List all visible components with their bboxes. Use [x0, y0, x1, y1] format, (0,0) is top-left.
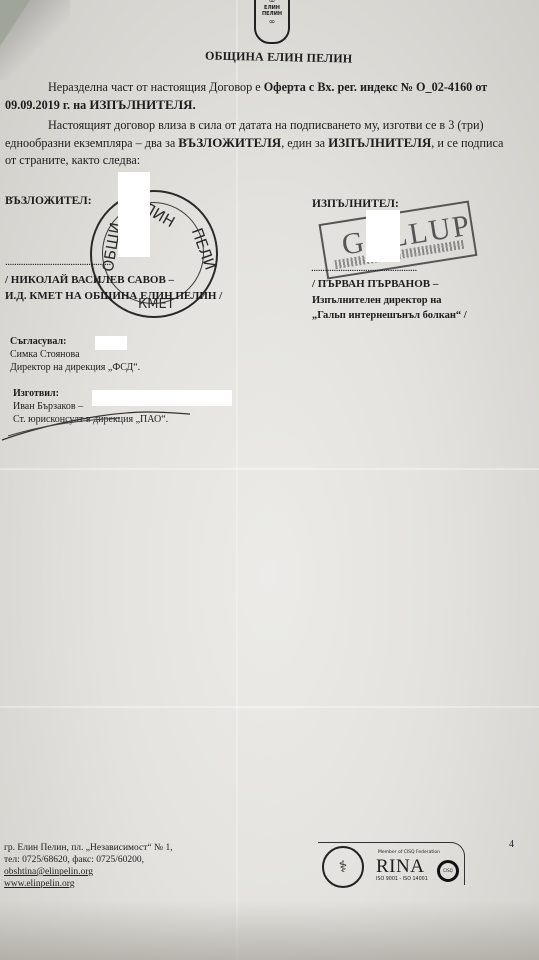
paragraph-line: Настоящият договор влиза в сила от датат… — [48, 117, 484, 134]
footer-phone: тел: 0725/68620, факс: 0725/60200, — [4, 854, 173, 866]
prepared-label: Изготвил: — [13, 388, 59, 401]
cert-name: RINA — [376, 856, 424, 878]
footer-website-link[interactable]: www.elinpelin.org — [4, 879, 74, 889]
signer-title: И.Д. КМЕТ НА ОБЩИНА ЕЛИН ПЕЛИН / — [5, 289, 222, 304]
signer-name: / НИКОЛАЙ ВАСИЛЕВ САВОВ – — [5, 273, 174, 288]
paragraph-line: от страните, както следва: — [5, 152, 140, 169]
agreed-label: Съгласувал: — [10, 336, 66, 349]
footer-email-link[interactable]: obshtina@elinpelin.org — [4, 867, 93, 877]
footer-address: гр. Елин Пелин, пл. „Независимост“ № 1, — [4, 842, 173, 854]
signer-name: / ПЪРВАН ПЪРВАНОВ – — [312, 277, 438, 292]
signer-company: „Гальп интернешънъл болкан“ / — [312, 308, 467, 323]
municipality-crest-icon: ∞ ЕЛИН ПЕЛИН ∞ — [254, 0, 290, 44]
organization-title: ОБЩИНА ЕЛИН ПЕЛИН — [205, 48, 353, 66]
handwritten-signature — [0, 400, 200, 445]
footer-contacts: гр. Елин Пелин, пл. „Независимост“ № 1, … — [4, 842, 173, 890]
cert-member-text: Member of CISQ Federation — [378, 850, 440, 855]
cert-iso: ISO 9001 - ISO 14001 — [376, 877, 428, 882]
signature-line: ........................................… — [5, 256, 111, 268]
redacted-signature — [366, 210, 400, 262]
redacted-signature — [118, 172, 150, 257]
agreed-name: Симка Стоянова — [10, 349, 80, 362]
signature-line: ........................................… — [311, 262, 417, 274]
document-page: ∞ ЕЛИН ПЕЛИН ∞ ОБЩИНА ЕЛИН ПЕЛИН Неразде… — [0, 0, 539, 960]
rina-logo-icon: ⚕ — [322, 846, 364, 888]
contracting-authority-label: ВЪЗЛОЖИТЕЛ: — [5, 195, 92, 207]
page-corner — [0, 0, 30, 46]
agreed-title: Директор на дирекция „ФСД“. — [10, 362, 140, 375]
fold-line — [0, 706, 539, 708]
contractor-label: ИЗПЪЛНИТЕЛ: — [312, 198, 399, 210]
fold-line — [0, 468, 539, 470]
paragraph-line: 09.09.2019 г. на ИЗПЪЛНИТЕЛЯ. — [5, 96, 196, 114]
bottom-shadow — [0, 900, 539, 960]
paragraph-line: еднообразни екземпляра – два за ВЪЗЛОЖИТ… — [5, 134, 503, 152]
signer-title: Изпълнителен директор на — [312, 293, 442, 308]
paragraph-line: Неразделна част от настоящия Договор е О… — [48, 79, 487, 96]
page-number: 4 — [509, 839, 514, 850]
cisq-badge-icon: CISQ — [437, 860, 459, 882]
redacted-signature — [95, 336, 127, 350]
